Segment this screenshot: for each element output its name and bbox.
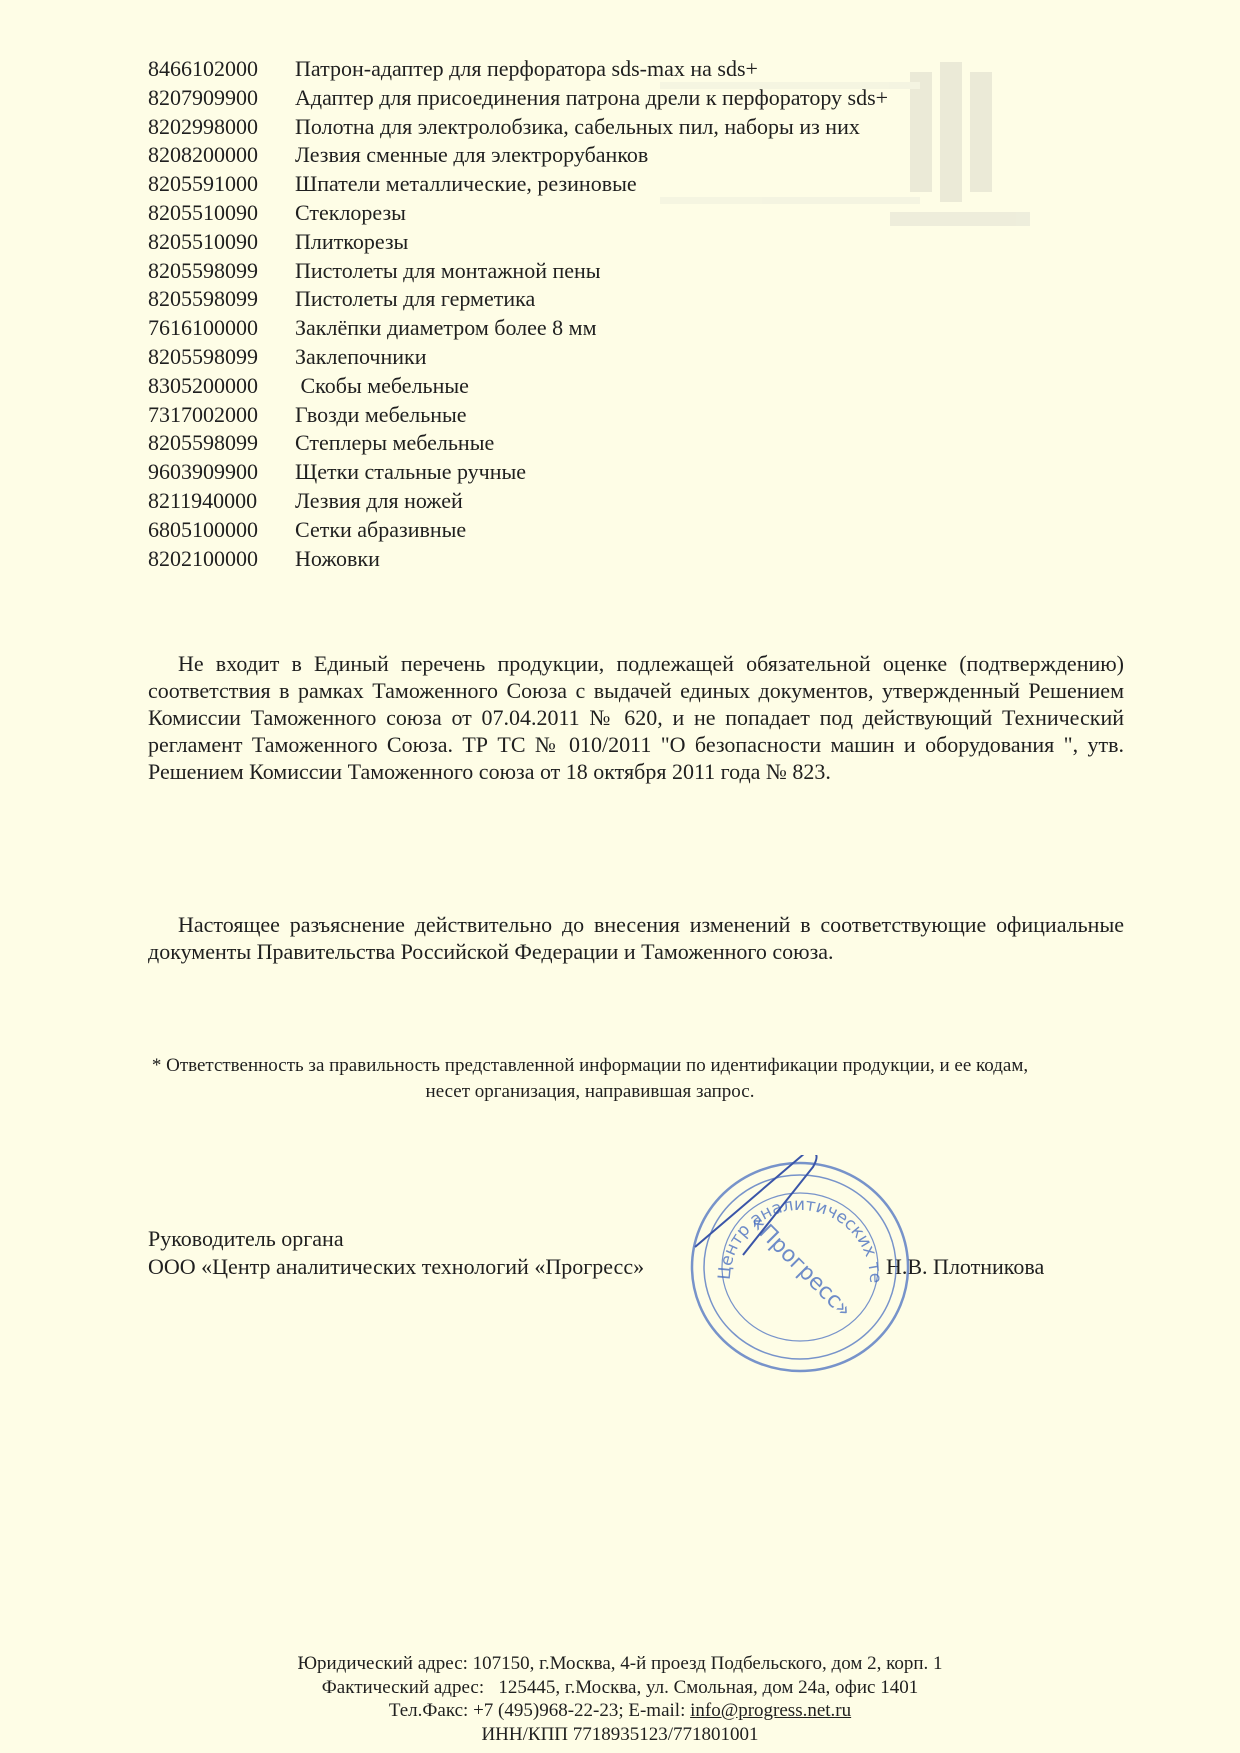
responsibility-note: * Ответственность за правильность предст… bbox=[40, 1053, 1140, 1105]
hs-code: 8205598099 bbox=[148, 343, 295, 372]
product-name: Адаптер для присоединения патрона дрели … bbox=[295, 84, 888, 113]
hs-code: 8205591000 bbox=[148, 170, 295, 199]
list-item: 7317002000Гвозди мебельные bbox=[148, 401, 888, 430]
product-name: Сетки абразивные bbox=[295, 516, 466, 545]
product-name: Заклёпки диаметром более 8 мм bbox=[295, 314, 597, 343]
hs-code: 8205598099 bbox=[148, 285, 295, 314]
note-line: несет организация, направившая запрос. bbox=[40, 1079, 1140, 1105]
list-item: 8208200000Лезвия сменные для электроруба… bbox=[148, 141, 888, 170]
company-footer: Юридический адрес: 107150, г.Москва, 4-й… bbox=[0, 1652, 1240, 1746]
product-name: Стеклорезы bbox=[295, 199, 406, 228]
list-item: 8205591000Шпатели металлические, резинов… bbox=[148, 170, 888, 199]
hs-code: 6805100000 bbox=[148, 516, 295, 545]
list-item: 8211940000Лезвия для ножей bbox=[148, 487, 888, 516]
list-item: 7616100000Заклёпки диаметром более 8 мм bbox=[148, 314, 888, 343]
product-name: Гвозди мебельные bbox=[295, 401, 467, 430]
hs-code: 8305200000 bbox=[148, 372, 295, 401]
product-name: Лезвия для ножей bbox=[295, 487, 463, 516]
list-item: 8305200000 Скобы мебельные bbox=[148, 372, 888, 401]
logo-column bbox=[970, 72, 992, 192]
signature-block: Руководитель органа ООО «Центр аналитиче… bbox=[148, 1225, 644, 1281]
hs-code: 7616100000 bbox=[148, 314, 295, 343]
product-name: Лезвия сменные для электрорубанков bbox=[295, 141, 648, 170]
organization-name: ООО «Центр аналитических технологий «Про… bbox=[148, 1253, 644, 1281]
legal-address: Юридический адрес: 107150, г.Москва, 4-й… bbox=[0, 1652, 1240, 1676]
product-name: Скобы мебельные bbox=[295, 372, 469, 401]
logo-column bbox=[910, 72, 932, 192]
document-page: 8466102000Патрон-адаптер для перфоратора… bbox=[0, 0, 1240, 1753]
list-item: 8207909900Адаптер для присоединения патр… bbox=[148, 84, 888, 113]
validity-paragraph: Настоящее разъяснение действительно до в… bbox=[148, 911, 1124, 965]
list-item: 8205598099Заклепочники bbox=[148, 343, 888, 372]
hs-code: 8205510090 bbox=[148, 228, 295, 257]
hs-code: 8211940000 bbox=[148, 487, 295, 516]
list-item: 8205598099Пистолеты для монтажной пены bbox=[148, 257, 888, 286]
list-item: 8466102000Патрон-адаптер для перфоратора… bbox=[148, 55, 888, 84]
hs-code: 9603909900 bbox=[148, 458, 295, 487]
list-item: 8202998000Полотна для электролобзика, са… bbox=[148, 113, 888, 142]
product-name: Патрон-адаптер для перфоратора sds-max н… bbox=[295, 55, 758, 84]
list-item: 8202100000Ножовки bbox=[148, 545, 888, 574]
hs-code: 8466102000 bbox=[148, 55, 295, 84]
product-name: Ножовки bbox=[295, 545, 380, 574]
contact-line: Тел.Факс: +7 (495)968-22-23; E-mail: inf… bbox=[0, 1699, 1240, 1723]
product-name: Пистолеты для монтажной пены bbox=[295, 257, 601, 286]
hs-code: 7317002000 bbox=[148, 401, 295, 430]
product-name: Щетки стальные ручные bbox=[295, 458, 526, 487]
hs-code: 8205598099 bbox=[148, 429, 295, 458]
signatory-role: Руководитель органа bbox=[148, 1225, 644, 1253]
product-name: Плиткорезы bbox=[295, 228, 408, 257]
product-name: Полотна для электролобзика, сабельных пи… bbox=[295, 113, 860, 142]
product-name: Шпатели металлические, резиновые bbox=[295, 170, 637, 199]
product-code-list: 8466102000Патрон-адаптер для перфоратора… bbox=[148, 55, 888, 573]
inn-kpp: ИНН/КПП 7718935123/771801001 bbox=[0, 1723, 1240, 1747]
bleed-through-logo bbox=[870, 62, 1050, 252]
hs-code: 8208200000 bbox=[148, 141, 295, 170]
product-name: Заклепочники bbox=[295, 343, 427, 372]
phone-fax: Тел.Факс: +7 (495)968-22-23; E-mail: bbox=[389, 1700, 690, 1721]
hs-code: 8207909900 bbox=[148, 84, 295, 113]
list-item: 8205510090Стеклорезы bbox=[148, 199, 888, 228]
conformity-paragraph: Не входит в Единый перечень продукции, п… bbox=[148, 650, 1124, 785]
list-item: 8205510090Плиткорезы bbox=[148, 228, 888, 257]
list-item: 8205598099Степлеры мебельные bbox=[148, 429, 888, 458]
actual-address: Фактический адрес: 125445, г.Москва, ул.… bbox=[0, 1676, 1240, 1700]
hs-code: 8202100000 bbox=[148, 545, 295, 574]
list-item: 6805100000Сетки абразивные bbox=[148, 516, 888, 545]
hs-code: 8205510090 bbox=[148, 199, 295, 228]
official-stamp-icon: Центр аналитических технологий «Прогресс… bbox=[685, 1155, 915, 1380]
list-item: 9603909900Щетки стальные ручные bbox=[148, 458, 888, 487]
product-name: Степлеры мебельные bbox=[295, 429, 494, 458]
note-line: * Ответственность за правильность предст… bbox=[40, 1053, 1140, 1079]
product-name: Пистолеты для герметика bbox=[295, 285, 535, 314]
logo-base bbox=[890, 212, 1030, 226]
hs-code: 8205598099 bbox=[148, 257, 295, 286]
list-item: 8205598099Пистолеты для герметика bbox=[148, 285, 888, 314]
logo-column bbox=[940, 62, 962, 202]
hs-code: 8202998000 bbox=[148, 113, 295, 142]
email-link[interactable]: info@progress.net.ru bbox=[690, 1700, 851, 1721]
